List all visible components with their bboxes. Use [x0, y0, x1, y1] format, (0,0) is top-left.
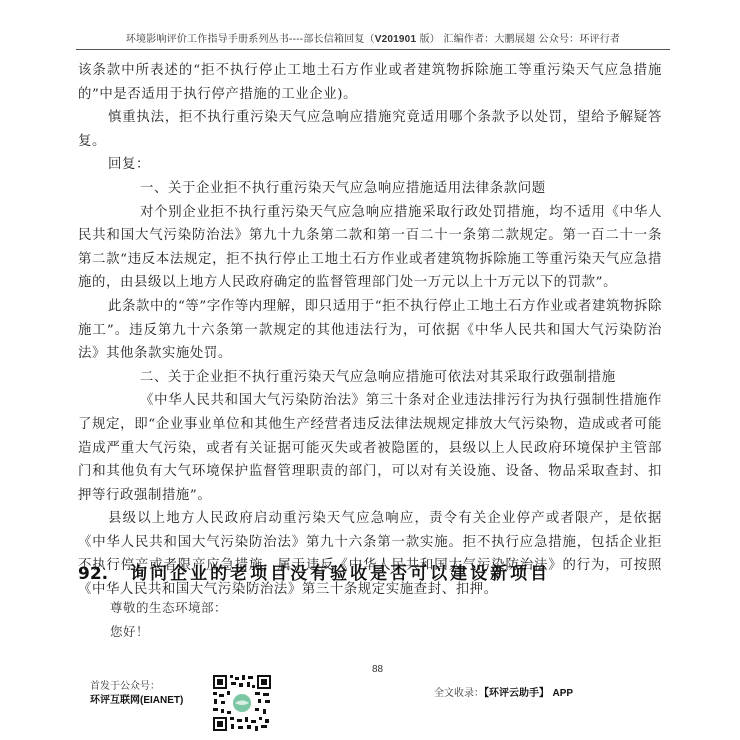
question-heading: 92.询问企业的老项目没有验收是否可以建设新项目: [78, 563, 678, 585]
running-header: 环境影响评价工作指导手册系列丛书----部长信箱回复（V201901 版） 汇编…: [76, 34, 670, 50]
published-label: 首发于公众号：: [90, 680, 183, 694]
question-number: 92.: [78, 564, 108, 584]
header-text-after: 版） 汇编作者：大鹏展翅 公众号：环评行者: [416, 34, 620, 45]
section-heading-1: 一、关于企业拒不执行重污染天气应急响应措施适用法律条款问题: [78, 177, 662, 201]
footer-publisher: 首发于公众号： 环评互联网(EIANET): [90, 680, 183, 708]
paragraph: 该条款中所表述的“拒不执行停止工地土石方作业或者建筑物拆除施工等重污染天气应急措…: [78, 59, 662, 106]
qr-code-icon[interactable]: [211, 673, 273, 733]
reply-label: 回复：: [78, 153, 662, 177]
salutation: 尊敬的生态环境部：: [110, 596, 227, 620]
app-name: 【环评云助手】 APP: [484, 688, 573, 699]
body-text: 该条款中所表述的“拒不执行停止工地土石方作业或者建筑物拆除施工等重污染天气应急措…: [78, 59, 662, 602]
footer-collected: 全文收录：【环评云助手】 APP: [434, 684, 573, 699]
paragraph: 此条款中的“等”字作等内理解，即只适用于“拒不执行停止工地土石方作业或者建筑物拆…: [78, 295, 662, 366]
paragraph: 《中华人民共和国大气污染防治法》第三十条对企业违法排污行为执行强制性措施作了规定…: [78, 389, 662, 507]
account-name: 环评互联网(EIANET): [90, 694, 183, 708]
header-text-before: 环境影响评价工作指导手册系列丛书----部长信箱回复（: [126, 34, 375, 45]
paragraph: 县级以上地方人民政府启动重污染天气应急响应，责令有关企业停产或者限产，是依据《中…: [78, 507, 662, 601]
greeting: 您好！: [110, 620, 227, 644]
paragraph: 对个别企业拒不执行重污染天气应急响应措施采取行政处罚措施，均不适用《中华人民共和…: [78, 201, 662, 295]
section-heading-2: 二、关于企业拒不执行重污染天气应急响应措施可依法对其采取行政强制措施: [78, 366, 662, 390]
page-number: 88: [372, 664, 383, 675]
question-title: 询问企业的老项目没有验收是否可以建设新项目: [130, 564, 550, 584]
paragraph: 慎重执法，拒不执行重污染天气应急响应措施究竟适用哪个条款予以处罚，望给予解疑答复…: [78, 106, 662, 153]
header-version: V201901: [375, 34, 416, 45]
letter-opening: 尊敬的生态环境部： 您好！: [110, 596, 227, 644]
collected-label: 全文收录：: [434, 688, 484, 699]
